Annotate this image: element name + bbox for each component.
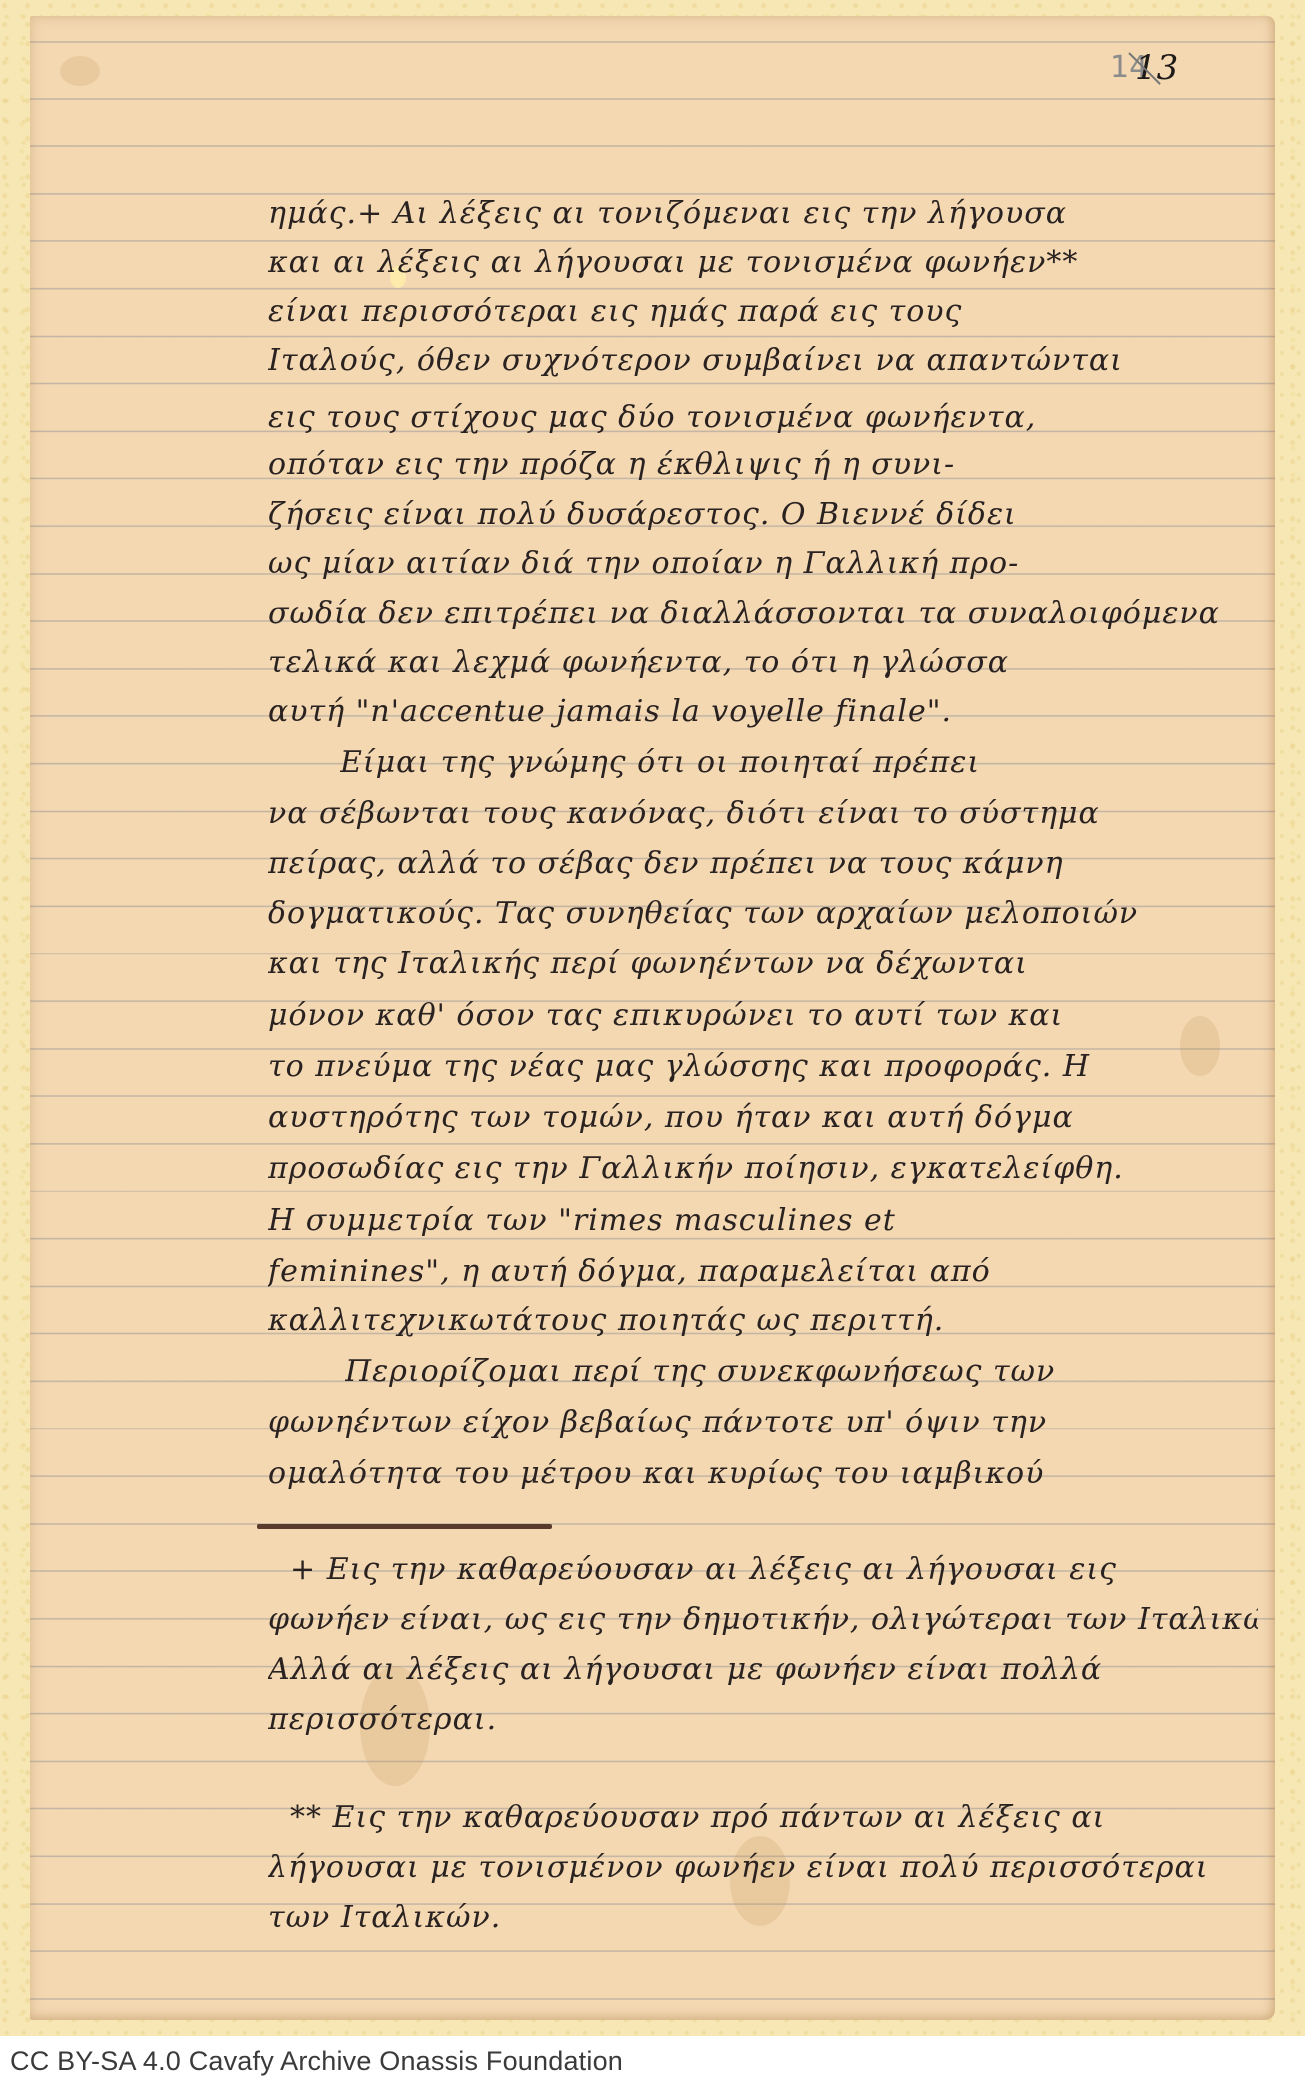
text-line: εις τους στίχους μας δύο τονισμένα φωνήε… [268,400,1258,435]
text-line: είναι περισσότεραι εις ημάς παρά εις του… [268,294,1258,329]
footnote-line: + Εις την καθαρεύουσαν αι λέξεις αι λήγο… [290,1552,1280,1587]
page-number-crossed: 13 [1135,48,1178,88]
footnote-line: λήγουσαι με τονισμένον φωνήεν είναι πολύ… [268,1850,1258,1885]
text-line: και της Ιταλικής περί φωνηέντων να δέχων… [268,946,1258,981]
footnote-divider [257,1524,552,1529]
footnote-line: Αλλά αι λέξεις αι λήγουσαι με φωνήεν είν… [268,1652,1258,1687]
text-line: αυστηρότης των τομών, που ήταν και αυτή … [268,1100,1258,1135]
text-line: πείρας, αλλά το σέβας δεν πρέπει να τους… [268,846,1258,881]
text-line: φωνηέντων είχον βεβαίως πάντοτε υπ' όψιν… [268,1405,1258,1440]
text-line: τελικά και λεχμά φωνήεντα, το ότι η γλώσ… [268,645,1258,680]
text-line: δογματικούς. Τας συνηθείας των αρχαίων μ… [268,896,1258,931]
text-line: ζήσεις είναι πολύ δυσάρεστος. Ο Βιεννέ δ… [268,497,1258,532]
text-line: ομαλότητα του μέτρου και κυρίως του ιαμβ… [268,1456,1258,1491]
text-line: Η συμμετρία των "rimes masculines et [268,1203,1258,1238]
text-line: οπόταν εις την πρόζα η έκθλιψις ή η συνι… [268,447,1258,482]
license-footer: CC BY-SA 4.0 Cavafy Archive Onassis Foun… [10,2046,623,2077]
text-line: το πνεύμα της νέας μας γλώσσης και προφο… [268,1049,1258,1084]
footnote-text: Εις την καθαρεύουσαν πρό πάντων αι λέξει… [333,1800,1106,1835]
text-line: Είμαι της γνώμης ότι οι ποιηταί πρέπει [340,745,1258,780]
footnote-line: περισσότεραι. [268,1702,1258,1737]
text-line: Ιταλούς, όθεν συχνότερον συμβαίνει να απ… [268,343,1258,378]
text-line: ως μίαν αιτίαν διά την οποίαν η Γαλλική … [268,546,1258,581]
footnote-text: Εις την καθαρεύουσαν αι λέξεις αι λήγουσ… [327,1552,1117,1587]
text-line: προσωδίας εις την Γαλλικήν ποίησιν, εγκα… [268,1151,1258,1186]
text-line: Περιορίζομαι περί της συνεκφωνήσεως των [345,1354,1258,1389]
text-line: μόνον καθ' όσον τας επικυρώνει το αυτί τ… [268,998,1258,1033]
paper-stain [60,56,100,86]
footnote-marker: + [290,1552,316,1587]
text-line: σωδία δεν επιτρέπει να διαλλάσσονται τα … [268,596,1258,631]
text-line: αυτή "n'accentue jamais la voyelle final… [268,694,1258,729]
footnote-line: των Ιταλικών. [268,1900,1258,1935]
text-line: και αι λέξεις αι λήγουσαι με τονισμένα φ… [268,245,1258,280]
text-line: feminines", η αυτή δόγμα, παραμελείται α… [268,1254,1258,1289]
text-line: ημάς.+ Αι λέξεις αι τονιζόμεναι εις την … [268,196,1258,231]
footnote-line: φωνήεν είναι, ως εις την δημοτικήν, ολιγ… [268,1602,1258,1637]
footnote-line: ** Εις την καθαρεύουσαν πρό πάντων αι λέ… [290,1800,1280,1835]
text-line: καλλιτεχνικωτάτους ποιητάς ως περιττή. [268,1303,1258,1338]
text-line: να σέβωνται τους κανόνας, διότι είναι το… [268,796,1258,831]
footnote-marker: ** [290,1800,322,1835]
